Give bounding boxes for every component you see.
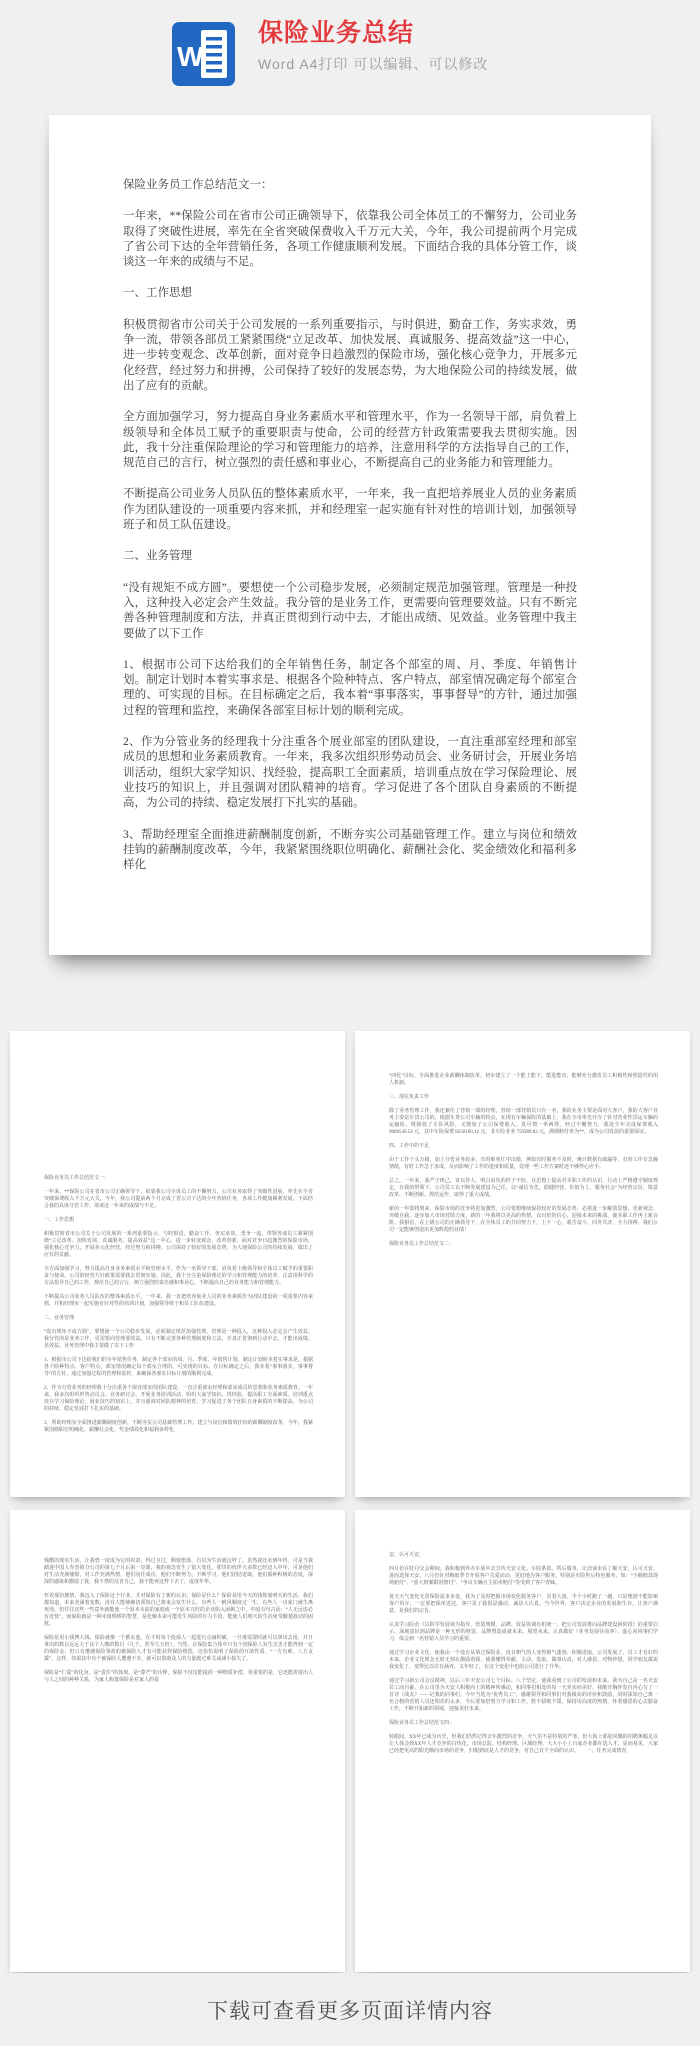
thumbnail-paragraph: 新的一年即将到来，保险市场的竞争将更加激烈，公司要想继续保持较好的发展态势，必须… xyxy=(389,1206,658,1234)
document-paragraph: 保险业务员工作总结范文一： xyxy=(123,178,577,193)
thumbnail-paragraph: 认真学习险企《以科学发展观为指导，营造规模、品牌、效益协调有机统一，把公司发展推… xyxy=(389,1622,658,1643)
footer-hint-text: 下载可查看更多页面详情内容 xyxy=(207,1995,493,2025)
thumbnail-4-content: 安，认可天安。四月份在牡丹交会期间，我积极到外办车展中去宣传天安文化、车险条款、… xyxy=(389,1552,658,1755)
thumbnail-paragraph: 不断提高公司业务人员队伍的整体素质水平，一年来，我一直把培养展业人员的业务素质作… xyxy=(44,1294,313,1308)
thumbnail-paragraph: 残酷的现实生活，让我曾一度成为它的奴隶，得过且过，颓废堕落，自以为生活就这样了。… xyxy=(44,1558,313,1586)
thumbnail-paragraph: 转眼间，XX年已成为历史，但我们仍然记得去年激烈的竞争。天气虽不是特别的严寒，但… xyxy=(389,1734,658,1755)
thumbnail-paragraph: 总之，一年来，我严于律己，宽以待人，明白肩负的担子不轻，在思想上提高对本职工作的… xyxy=(389,1178,658,1199)
thumbnail-3-content: 残酷的现实生活，让我曾一度成为它的奴隶，得过且过，颓废堕落，自以为生活就这样了。… xyxy=(44,1558,313,1684)
page-title: 保险业务总结 xyxy=(258,16,488,50)
document-paragraph: 3、帮助经理室全面推进薪酬制度创新，不断夯实公司基础管理工作。建立与岗位和绩效挂… xyxy=(123,828,577,874)
header: W 保险业务总结 Word A4打印 可以编辑、可以修改 xyxy=(0,0,700,95)
document-paragraph: 2、作为分管业务的经理我十分注重各个展业部室的团队建设，一直注重部室经理和部室成… xyxy=(123,735,577,811)
thumbnail-paragraph: 积极贯彻省市公司关于公司发展的一系列重要指示，与时俱进，勤奋工作，务实求效，勇争… xyxy=(44,1231,313,1259)
thumbnail-paragraph: “没有规矩不成方圆”。要想使一个公司稳步发展，必须制定规范加强管理。管理是一种投… xyxy=(44,1329,313,1350)
thumbnail-paragraph: 保险业务员工作总结范文一： xyxy=(44,1175,313,1182)
document-paragraph: 全方面加强学习，努力提高自身业务素质水平和管理水平，作为一名领导干部，肩负着上级… xyxy=(123,410,577,471)
thumbnail-paragraph: 保险业务员工作总结范文二： xyxy=(389,1241,658,1248)
word-file-icon: W xyxy=(172,22,235,86)
thumbnail-paragraph: 夏天天气变化无常保险需求多变，我为了及时把握市场变化服务客户，冒着大雨，半个小时… xyxy=(389,1594,658,1615)
thumbnail-paragraph: 三、现在负责工作 xyxy=(389,1094,658,1101)
thumbnail-paragraph: 全方面加强学习，努力提高自身业务素质水平和管理水平，作为一名领导干部，肩负着上级… xyxy=(44,1266,313,1287)
document-paragraph: 一、工作思想 xyxy=(123,286,577,301)
document-paragraph: 积极贯彻省市公司关于公司发展的一系列重要指示，与时俱进，勤奋工作，务实求效，勇争… xyxy=(123,318,577,394)
thumbnail-2-content: “四化”目标，全面推进企业薪酬体制改革，初步建立了一个能上能下，能进能出，能够充… xyxy=(389,1073,658,1248)
thumbnail-paragraph: 四、工作中的不足 xyxy=(389,1143,658,1150)
thumbnail-paragraph: 由于工作千头万绪，加上分管业务较多，有时难免忙中出错，例如有时服务不及时，统计数… xyxy=(389,1157,658,1171)
thumbnail-page-4: 安，认可天安。四月份在牡丹交会期间，我积极到外办车展中去宣传天安文化、车险条款、… xyxy=(355,1510,690,1972)
thumbnail-paragraph: “四化”目标，全面推进企业薪酬体制改革，初步建立了一个能上能下，能进能出，能够充… xyxy=(389,1073,658,1087)
document-paragraph: 二、业务管理 xyxy=(123,549,577,564)
thumbnail-page-2: “四化”目标，全面推进企业薪酬体制改革，初步建立了一个能上能下，能进能出，能够充… xyxy=(355,1031,690,1497)
thumbnail-paragraph: 通过学习企业文化，使我由一个没有从事过保险业，没有朝气的人变得朝气蓬勃、积极进取… xyxy=(389,1650,658,1671)
thumbnail-paragraph: 二、业务管理 xyxy=(44,1315,313,1322)
page-1-content: 保险业务员工作总结范文一：一年来，**保险公司在省市公司正确领导下，依靠我公司全… xyxy=(123,178,577,873)
thumbnail-paragraph: 保险是用小钱博大钱，保险就像一个蓄水池，在平时每个投保人一起进行点滴积累，一旦谁… xyxy=(44,1635,313,1663)
thumbnail-paragraph: 保险是“仁爱”的化身，是“责任”的体现，是“尊严”的诠释，保险不仅仅能提供一种物… xyxy=(44,1670,313,1684)
thumbnail-paragraph: 四月份在牡丹交会期间，我积极到外办车展中去宣传天安文化、车险条款、售后服务，让洽… xyxy=(389,1566,658,1587)
document-page-1-preview: 保险业务员工作总结范文一：一年来，**保险公司在省市公司正确领导下，依靠我公司全… xyxy=(49,115,651,955)
thumbnail-paragraph: 1、根据市公司下达给我们的全年销售任务，制定各个部室的周、月、季度、年销售计划。… xyxy=(44,1357,313,1378)
thumbnail-page-1: 保险业务员工作总结范文一：一年来，**保险公司在省市公司正确领导下，依靠我公司全… xyxy=(10,1031,345,1497)
thumbnail-page-3: 残酷的现实生活，让我曾一度成为它的奴隶，得过且过，颓废堕落，自以为生活就这样了。… xyxy=(10,1510,345,1972)
thumbnail-paragraph: 保险业务员工作总结范文四： xyxy=(389,1720,658,1727)
thumbnail-paragraph: 3、帮助经理室全面推进薪酬制度创新，不断夯实公司基础管理工作。建立与岗位和绩效挂… xyxy=(44,1420,313,1434)
thumbnail-paragraph: 安，认可天安。 xyxy=(389,1552,658,1559)
thumbnail-paragraph: 怀着那份激情，我迈入了保险这个行业，才对保险有了新的认识。保险是什么？保险是用今… xyxy=(44,1593,313,1628)
thumbnail-paragraph: 除了业务管理工作，我还兼任了营销一部的经理，营销一部营销员只有一名，我的业务主要… xyxy=(389,1108,658,1136)
document-paragraph: 不断提高公司业务人员队伍的整体素质水平，一年来，我一直把培养展业人员的业务素质作… xyxy=(123,487,577,533)
document-paragraph: “没有规矩不成方圆”。要想使一个公司稳步发展，必须制定规范加强管理。管理是一种投… xyxy=(123,581,577,642)
document-paragraph: 一年来，**保险公司在省市公司正确领导下，依靠我公司全体员工的不懈努力，公司业务… xyxy=(123,209,577,270)
footer-hint-bar: 下载可查看更多页面详情内容 xyxy=(0,1973,700,2046)
thumbnail-paragraph: 一、工作思想 xyxy=(44,1217,313,1224)
thumbnail-paragraph: 一年来，**保险公司在省市公司正确领导下，依靠我公司全体员工的不懈努力，公司业务… xyxy=(44,1189,313,1210)
header-titles: 保险业务总结 Word A4打印 可以编辑、可以修改 xyxy=(258,16,488,74)
page-subtitle: Word A4打印 可以编辑、可以修改 xyxy=(258,54,488,74)
thumbnail-paragraph: 通过学习新公司会议精神，以后三年天安公司七个目标、八个坚定，使我看到了公司的发展… xyxy=(389,1678,658,1713)
svg-text:W: W xyxy=(177,41,204,72)
thumbnail-1-content: 保险业务员工作总结范文一：一年来，**保险公司在省市公司正确领导下，依靠我公司全… xyxy=(44,1175,313,1434)
document-paragraph: 1、根据市公司下达给我们的全年销售任务，制定各个部室的周、月、季度、年销售计划。… xyxy=(123,658,577,719)
thumbnail-paragraph: 2、作为分管业务的经理我十分注重各个展业部室的团队建设，一直注重部室经理和部室成… xyxy=(44,1385,313,1413)
